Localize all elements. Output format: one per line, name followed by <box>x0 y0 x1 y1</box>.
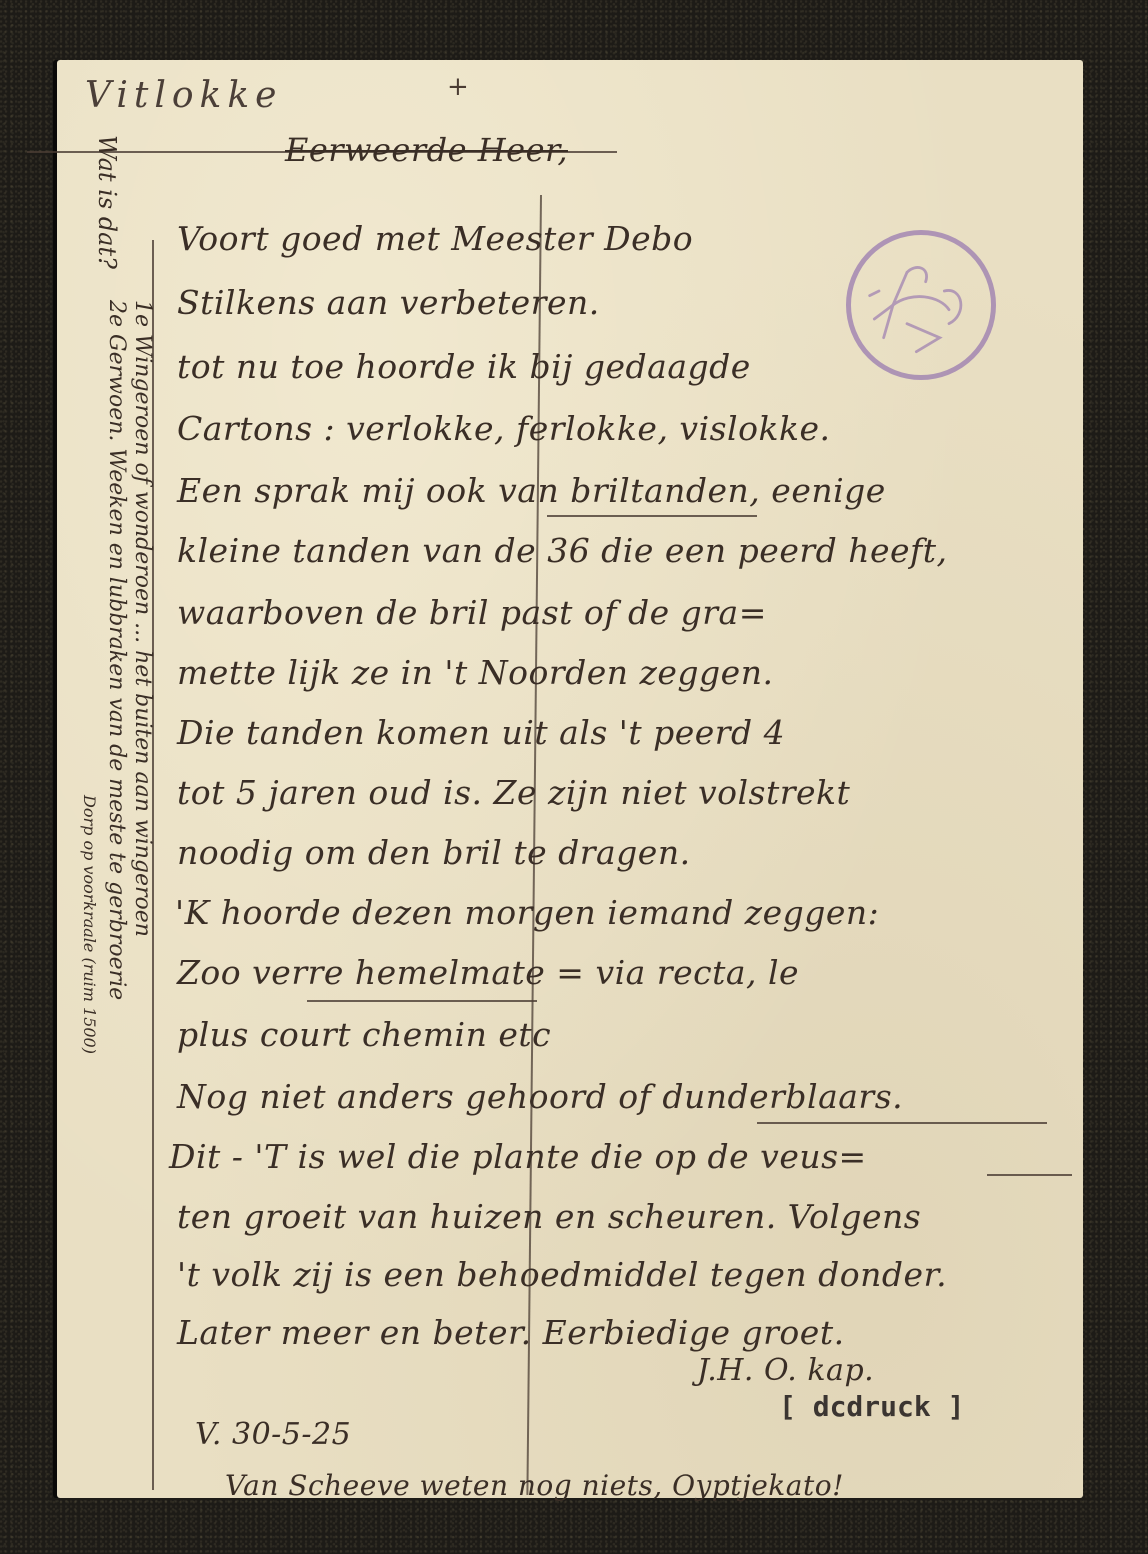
margin-note-question: Wat is dat? <box>95 135 119 269</box>
underline-veus <box>987 1174 1072 1176</box>
postcard: Vitlokke + Eerweerde Heer, Voort goed me… <box>57 60 1083 1498</box>
body-line-19: Later meer en beter. Eerbiedige groet. <box>177 1316 845 1349</box>
body-line-2: Stilkens aan verbeteren. <box>177 286 600 319</box>
body-line-16: Dit - 'T is wel die plante die op de veu… <box>169 1140 867 1173</box>
salutation: Eerweerde Heer, <box>285 134 568 166</box>
margin-note-3: Dorp op voorkraale (ruim 1500) <box>81 795 97 1054</box>
stamp-plant-icon <box>851 235 991 375</box>
body-line-5-text: Een sprak mij ook van briltanden, eenige <box>177 471 886 510</box>
cross-mark: + <box>447 72 469 102</box>
body-line-18: 't volk zij is een behoedmiddel tegen do… <box>177 1258 947 1291</box>
body-line-1: Voort goed met Meester Debo <box>177 222 693 255</box>
underline-briltanden <box>547 515 757 517</box>
margin-note-1: 1e Wingeroen of wonderoen ... het buiten… <box>131 300 153 937</box>
body-line-11: noodig om den bril te dragen. <box>177 836 691 869</box>
body-line-10: tot 5 jaren oud is. Ze zijn niet volstre… <box>177 776 850 809</box>
body-line-8: mette lijk ze in 't Noorden zeggen. <box>177 656 773 689</box>
body-line-4: Cartons : verlokke, ferlokke, vislokke. <box>177 412 831 445</box>
body-line-17: ten groeit van huizen en scheuren. Volge… <box>177 1200 921 1233</box>
margin-note-2: 2e Gerwoen. Weeken en lubbraken van de m… <box>105 300 127 1000</box>
body-line-14: plus court chemin etc <box>177 1018 551 1051</box>
body-line-12: 'K hoorde dezen morgen iemand zeggen: <box>175 896 879 929</box>
body-line-9: Die tanden komen uit als 't peerd 4 <box>177 716 785 749</box>
date-line: V. 30-5-25 <box>195 1420 351 1450</box>
stamp <box>846 230 996 380</box>
body-line-7: waarboven de bril past of de gra= <box>177 596 767 629</box>
body-line-13: Zoo verre hemelmate = via recta, le <box>177 956 799 989</box>
body-line-3: tot nu toe hoorde ik bij gedaagde <box>177 350 751 383</box>
underline-hemelmate <box>307 1000 537 1002</box>
body-line-5: Een sprak mij ook van briltanden, eenige <box>177 474 886 507</box>
body-line-15: Nog niet anders gehoord of dunderblaars. <box>177 1080 903 1113</box>
postscript: Van Scheeve weten nog niets, Oyptjekato! <box>225 1472 844 1500</box>
signature-bracket-note: [ dcdruck ] <box>779 1390 964 1423</box>
headword: Vitlokke <box>85 78 282 114</box>
body-line-6: kleine tanden van de 36 die een peerd he… <box>177 534 948 567</box>
underline-dunderblaars <box>757 1122 1047 1124</box>
signature: J.H. O. kap. <box>697 1356 874 1386</box>
